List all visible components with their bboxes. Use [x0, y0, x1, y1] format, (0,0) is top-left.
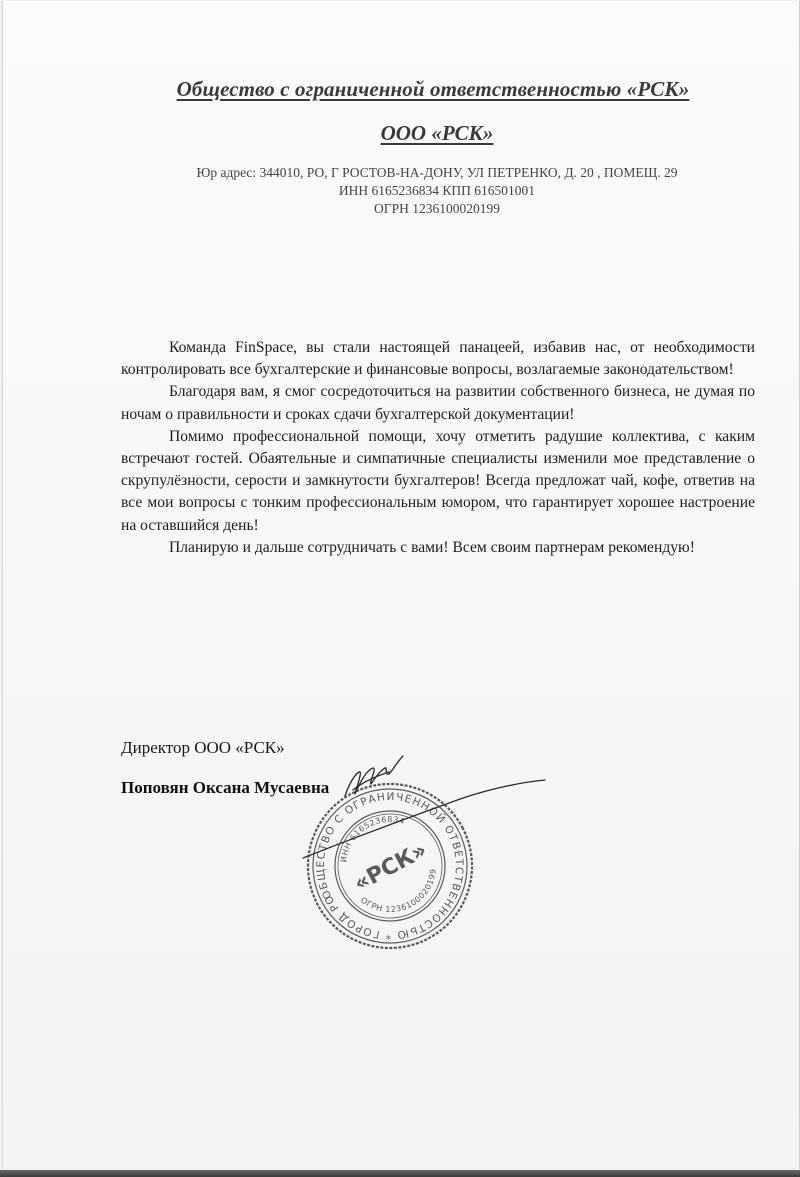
signer-position: Директор ООО «РСК»: [121, 738, 285, 758]
legal-address: Юр адрес: 344010, РО, Г РОСТОВ-НА-ДОНУ, …: [3, 164, 800, 182]
paragraph: Команда FinSpace, вы стали настоящей пан…: [121, 337, 755, 381]
paragraph: Благодаря вам, я смог сосредоточиться на…: [121, 381, 755, 425]
paragraph: Помимо профессиональной помощи, хочу отм…: [121, 426, 755, 537]
company-short-name: ООО «РСК»: [3, 121, 800, 146]
paragraph: Планирую и дальше сотрудничать с вами! В…: [121, 537, 755, 559]
company-full-name: Общество с ограниченной ответственностью…: [3, 77, 800, 102]
scan-bottom-edge: [0, 1170, 800, 1177]
signature-icon: [293, 746, 553, 866]
inn-kpp: ИНН 6165236834 КПП 616501001: [3, 182, 800, 200]
ogrn: ОГРН 1236100020199: [3, 200, 800, 218]
letter-body: Команда FinSpace, вы стали настоящей пан…: [121, 337, 755, 559]
company-requisites: Юр адрес: 344010, РО, Г РОСТОВ-НА-ДОНУ, …: [3, 164, 800, 218]
letter-page: Общество с ограниченной ответственностью…: [2, 1, 800, 1169]
